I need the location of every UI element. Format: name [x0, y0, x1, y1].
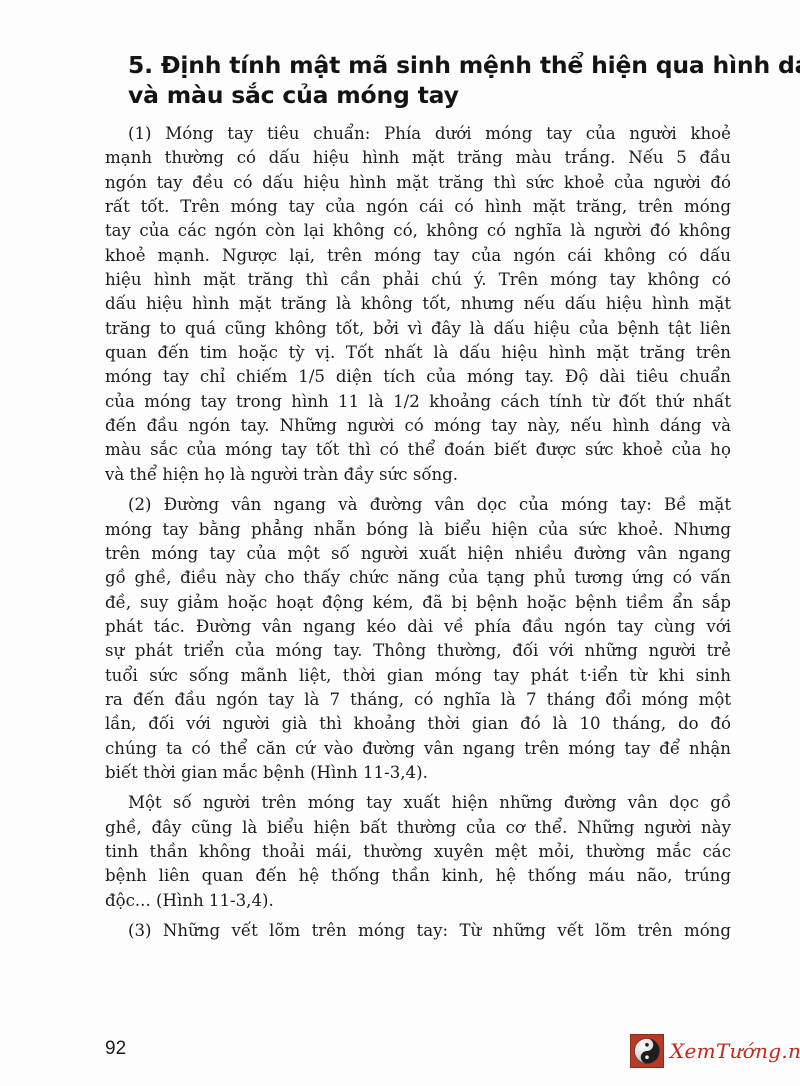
text-line: độc... (Hình 11-3,4). — [105, 889, 731, 913]
text-line: (2) Đường vân ngang và đường vân dọc của… — [105, 493, 731, 517]
text-line: đến đầu ngón tay. Những người có móng ta… — [105, 414, 731, 438]
text-line: chúng ta có thể căn cứ vào đường vân nga… — [105, 737, 731, 761]
text-line: (1) Móng tay tiêu chuẩn: Phía dưới móng … — [105, 122, 731, 146]
text-line: (3) Những vết lõm trên móng tay: Từ nhữn… — [105, 919, 731, 943]
text-line: tinh thần không thoải mái, thường xuyên … — [105, 840, 731, 864]
section-heading: 5. Định tính mật mã sinh mệnh thể hiện q… — [128, 50, 748, 110]
page-number: 92 — [105, 1038, 126, 1060]
text-line: của móng tay trong hình 11 là 1/2 khoảng… — [105, 390, 731, 414]
text-line: gồ ghề, điều này cho thấy chức năng của … — [105, 566, 731, 590]
yin-yang-icon — [630, 1034, 664, 1068]
paragraph-standard-nails: (1) Móng tay tiêu chuẩn: Phía dưới móng … — [105, 122, 731, 487]
text-line: quan đến tim hoặc tỳ vị. Tốt nhất là dấu… — [105, 341, 731, 365]
heading-line: 5. Định tính mật mã sinh mệnh thể hiện q… — [128, 50, 748, 80]
text-line: tuổi sức sống mãnh liệt, thời gian móng … — [105, 664, 731, 688]
text-line: ghề, đây cũng là biểu hiện bất thường củ… — [105, 816, 731, 840]
text-line: phát tác. Đường vân ngang kéo dài về phí… — [105, 615, 731, 639]
text-line: mạnh thường có dấu hiệu hình mặt trăng m… — [105, 146, 731, 170]
text-line: móng tay bằng phẳng nhẵn bóng là biểu hi… — [105, 518, 731, 542]
text-line: màu sắc của móng tay tốt thì có thể đoán… — [105, 438, 731, 462]
paragraph-nail-ridges: (2) Đường vân ngang và đường vân dọc của… — [105, 493, 731, 785]
text-line: lần, đối với người già thì khoảng thời g… — [105, 712, 731, 736]
text-line: rất tốt. Trên móng tay của ngón cái có h… — [105, 195, 731, 219]
text-line: ngón tay đều có dấu hiệu hình mặt trăng … — [105, 171, 731, 195]
paragraph-vertical-ridges: Một số người trên móng tay xuất hiện nhữ… — [105, 791, 731, 913]
text-line: móng tay chỉ chiếm 1/5 diện tích của món… — [105, 365, 731, 389]
text-line: sự phát triển của móng tay. Thông thường… — [105, 639, 731, 663]
text-line: Một số người trên móng tay xuất hiện nhữ… — [105, 791, 731, 815]
site-watermark: XemTướng.net — [630, 1033, 800, 1069]
book-page: 5. Định tính mật mã sinh mệnh thể hiện q… — [0, 0, 800, 1086]
text-line: đề, suy giảm hoặc hoạt động kém, đã bị b… — [105, 591, 731, 615]
text-line: tay của các ngón còn lại không có, không… — [105, 219, 731, 243]
heading-line: và màu sắc của móng tay — [128, 80, 748, 110]
text-line: bệnh liên quan đến hệ thống thần kinh, h… — [105, 864, 731, 888]
text-line: và thể hiện họ là người tràn đầy sức sốn… — [105, 463, 731, 487]
text-line: khoẻ mạnh. Ngược lại, trên móng tay của … — [105, 244, 731, 268]
text-line: hiệu hình mặt trăng thì cần phải chú ý. … — [105, 268, 731, 292]
text-line: biết thời gian mắc bệnh (Hình 11-3,4). — [105, 761, 731, 785]
text-line: trên móng tay của một số người xuất hiện… — [105, 542, 731, 566]
text-line: dấu hiệu hình mặt trăng là không tốt, nh… — [105, 292, 731, 316]
watermark-text: XemTướng.net — [670, 1039, 800, 1063]
text-line: trăng to quá cũng không tốt, bởi vì đây … — [105, 317, 731, 341]
text-line: ra đến đầu ngón tay là 7 tháng, có nghĩa… — [105, 688, 731, 712]
paragraph-nail-dents: (3) Những vết lõm trên móng tay: Từ nhữn… — [105, 919, 731, 943]
body-text: (1) Móng tay tiêu chuẩn: Phía dưới móng … — [105, 122, 731, 943]
